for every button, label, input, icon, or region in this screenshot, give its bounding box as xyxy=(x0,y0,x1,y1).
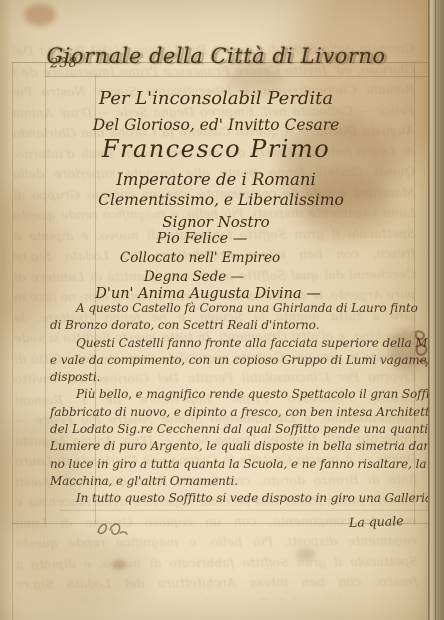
paper-stain xyxy=(295,0,430,160)
manuscript-line: di Bronzo dorato, con Scettri Reali d'in… xyxy=(50,317,430,334)
paper-stain xyxy=(18,535,148,610)
title-line: Collocato nell' Empireo xyxy=(0,250,406,266)
manuscript-line: Più bello, e magnifico rende questo Spet… xyxy=(50,386,430,403)
manuscript-page: Giornale della Città di Livorno Per L'in… xyxy=(0,0,430,620)
title-line: Per L'inconsolabil Perdita xyxy=(10,88,422,109)
title-line: Imperatore de i Romani xyxy=(10,170,422,189)
title-line: Del Glorioso, ed' Invitto Cesare xyxy=(10,116,422,134)
manuscript-line: no luce in giro a tutta quanta la Scuola… xyxy=(50,456,430,473)
paper-stain xyxy=(226,60,286,94)
title-line: Clementissimo, e Liberalissimo xyxy=(15,191,427,209)
manuscript-line: disposti. xyxy=(50,369,430,386)
title-line: Signor Nostro xyxy=(10,213,422,231)
page-number: 238 xyxy=(50,56,78,72)
manuscript-line: del Lodato Sig.re Cecchenni dal qual Sof… xyxy=(50,421,430,438)
paper-stain xyxy=(283,118,398,213)
paper-stain xyxy=(112,560,126,570)
paper-stain xyxy=(296,548,316,560)
title-line: Pio Felice — xyxy=(0,231,408,247)
ruled-line-horizontal xyxy=(60,510,430,511)
title-block: Giornale della Città di LivornoPer L'inc… xyxy=(10,0,422,310)
manuscript-line: Questi Castelli fanno fronte alla faccia… xyxy=(50,335,430,352)
manuscript-line: A questo Castello fà Corona una Ghirland… xyxy=(50,300,430,317)
manuscript-line: fabbricato di nuovo, e dipinto a fresco,… xyxy=(50,404,430,421)
paper-stain xyxy=(24,4,56,26)
manuscript-line: In tutto questo Soffitto si vede dispost… xyxy=(50,490,430,507)
body-text: A questo Castello fà Corona una Ghirland… xyxy=(50,300,430,508)
ruled-line-vertical xyxy=(12,62,13,620)
manuscript-scan: Giornale della Città di Livorno Per L'in… xyxy=(0,0,444,620)
ruled-line-vertical xyxy=(45,62,46,524)
manuscript-line: Lumiere di puro Argento, le quali dispos… xyxy=(50,438,430,455)
catchword: La quale xyxy=(349,513,404,530)
manuscript-line: e vale da compimento, con un copioso Gru… xyxy=(50,352,430,369)
title-line: Degna Sede — xyxy=(0,269,400,285)
manuscript-line: Macchina, e gl'altri Ornamenti. xyxy=(50,473,430,490)
title-line: Francesco Primo xyxy=(10,135,422,163)
book-edge xyxy=(428,0,444,620)
paper-stain xyxy=(298,172,393,240)
ink-scribble xyxy=(94,519,128,539)
ruled-line-horizontal xyxy=(45,76,430,77)
